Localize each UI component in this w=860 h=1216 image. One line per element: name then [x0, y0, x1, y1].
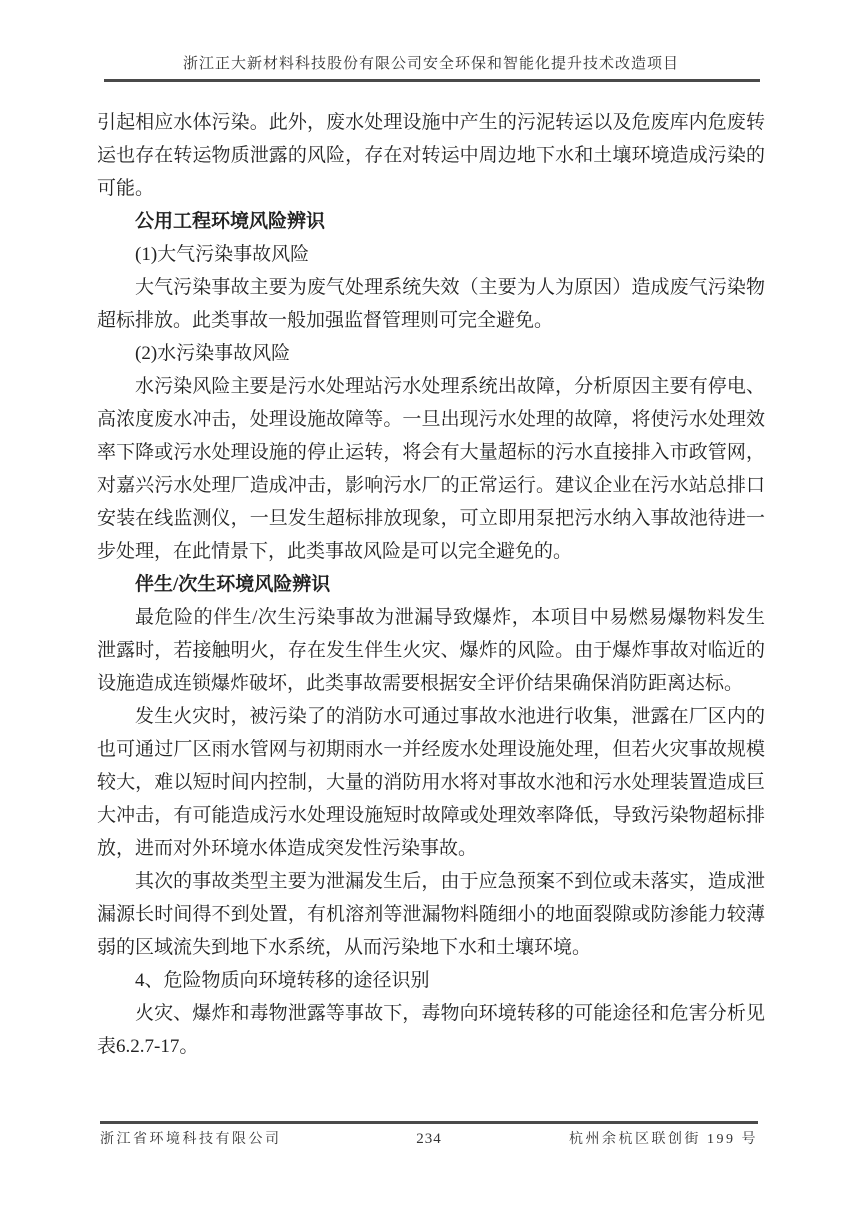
- paragraph: 引起相应水体污染。此外，废水处理设施中产生的污泥转运以及危废库内危废转运也存在转…: [97, 106, 765, 205]
- document-body: 引起相应水体污染。此外，废水处理设施中产生的污泥转运以及危废库内危废转运也存在转…: [97, 106, 765, 1063]
- section-heading: 伴生/次生环境风险辨识: [97, 568, 765, 601]
- footer-divider: [100, 1121, 758, 1124]
- list-item-heading: 4、危险物质向环境转移的途径识别: [97, 964, 765, 997]
- document-page: 浙江正大新材料科技股份有限公司安全环保和智能化提升技术改造项目 引起相应水体污染…: [0, 0, 860, 1216]
- page-footer: 浙江省环境科技有限公司 234 杭州余杭区联创街 199 号: [100, 1128, 758, 1148]
- paragraph: 大气污染事故主要为废气处理系统失效（主要为人为原因）造成废气污染物超标排放。此类…: [97, 271, 765, 337]
- paragraph: 其次的事故类型主要为泄漏发生后，由于应急预案不到位或未落实，造成泄漏源长时间得不…: [97, 865, 765, 964]
- page-header-title: 浙江正大新材料科技股份有限公司安全环保和智能化提升技术改造项目: [103, 52, 759, 73]
- paragraph: 水污染风险主要是污水处理站污水处理系统出故障，分析原因主要有停电、高浓度废水冲击…: [97, 370, 765, 568]
- header-divider: [104, 79, 760, 82]
- footer-address: 杭州余杭区联创街 199 号: [442, 1128, 758, 1148]
- paragraph: 发生火灾时，被污染了的消防水可通过事故水池进行收集，泄露在厂区内的也可通过厂区雨…: [97, 700, 765, 865]
- section-heading: 公用工程环境风险辨识: [97, 205, 765, 238]
- paragraph: 最危险的伴生/次生污染事故为泄漏导致爆炸，本项目中易燃易爆物料发生泄露时，若接触…: [97, 601, 765, 700]
- list-item-heading: (1)大气污染事故风险: [97, 238, 765, 271]
- list-item-heading: (2)水污染事故风险: [97, 337, 765, 370]
- footer-company: 浙江省环境科技有限公司: [100, 1128, 416, 1148]
- footer-page-number: 234: [416, 1131, 442, 1148]
- paragraph: 火灾、爆炸和毒物泄露等事故下，毒物向环境转移的可能途径和危害分析见表6.2.7-…: [97, 997, 765, 1063]
